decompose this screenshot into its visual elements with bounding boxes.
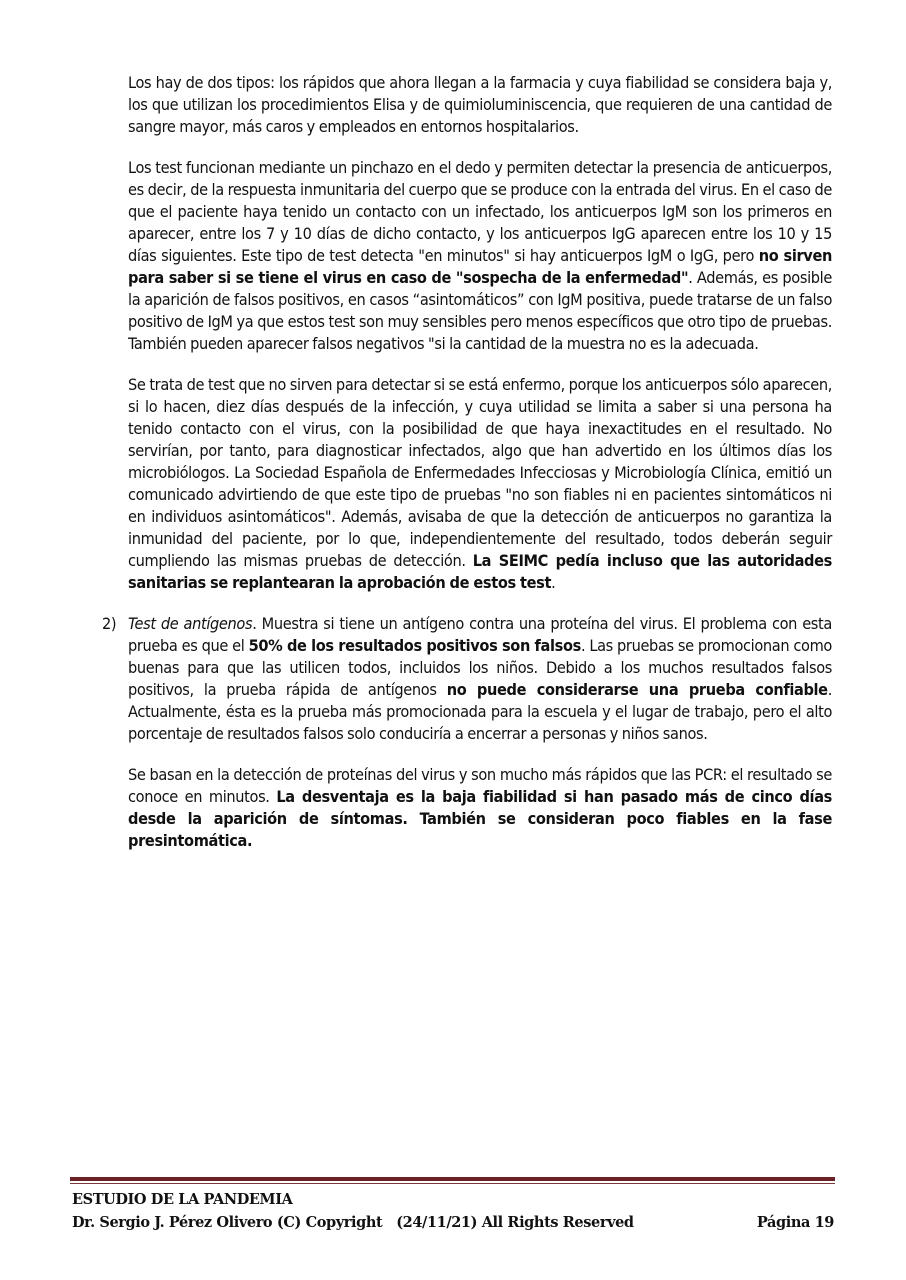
paragraph-seimc-warning: Se trata de test que no sirven para dete… [128, 374, 832, 594]
paragraph-antigen-detail: Se basan en la detección de proteínas de… [128, 764, 832, 852]
document-body: Los hay de dos tipos: los rápidos que ah… [128, 72, 832, 871]
bold-text-segment: no puede considerarse una prueba confiab… [447, 680, 828, 699]
footer-copyright: Dr. Sergio J. Pérez Olivero (C) Copyrigh… [72, 1211, 634, 1234]
text-segment: Los test funcionan mediante un pinchazo … [128, 158, 832, 265]
list-number: 2) [102, 613, 116, 635]
paragraph-test-types: Los hay de dos tipos: los rápidos que ah… [128, 72, 832, 138]
paragraph-how-tests-work: Los test funcionan mediante un pinchazo … [128, 157, 832, 355]
text-segment: Se trata de test que no sirven para dete… [128, 375, 832, 570]
text-segment: . [551, 573, 555, 592]
page-number: Página 19 [757, 1211, 834, 1234]
footer-divider-thick [70, 1177, 835, 1181]
list-item-antigen-test: 2) Test de antígenos. Muestra si tiene u… [128, 613, 832, 745]
bold-text-segment: 50% de los resultados positivos son fals… [249, 636, 581, 655]
footer-divider-thin [70, 1183, 835, 1184]
footer-info-line: Dr. Sergio J. Pérez Olivero (C) Copyrigh… [72, 1211, 834, 1234]
text-segment: Los hay de dos tipos: los rápidos que ah… [128, 73, 832, 136]
page-footer: ESTUDIO DE LA PANDEMIA Dr. Sergio J. Pér… [72, 1188, 834, 1234]
footer-title: ESTUDIO DE LA PANDEMIA [72, 1188, 834, 1211]
list-item-term: Test de antígenos [128, 614, 252, 633]
